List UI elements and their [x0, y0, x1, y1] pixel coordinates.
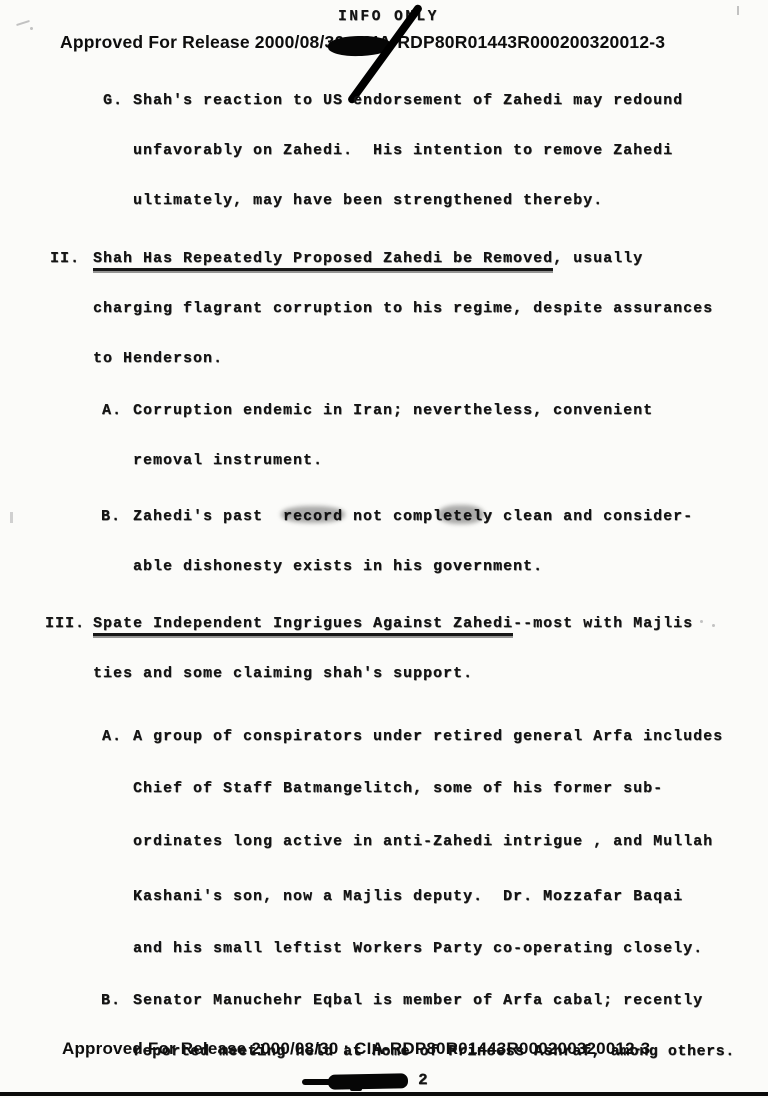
section-iii-heading-rest: --most with Majlis	[513, 615, 693, 632]
doc-line: removal instrument.	[133, 452, 323, 469]
doc-line: Senator Manuchehr Eqbal is member of Arf…	[133, 992, 703, 1009]
scanned-document-page: INFO ONLY Approved For Release 2000/08/3…	[0, 0, 768, 1098]
doc-line: able dishonesty exists in his government…	[133, 558, 543, 575]
section-ii-heading-underlined: Shah Has Repeatedly Proposed Zahedi be R…	[93, 250, 553, 271]
doc-line: Shah's reaction to US endorsement of Zah…	[133, 92, 683, 109]
scan-artifact	[737, 6, 739, 15]
outline-label-iii-b: B.	[101, 992, 121, 1009]
doc-line: ordinates long active in anti-Zahedi int…	[133, 833, 713, 850]
doc-line: ultimately, may have been strengthened t…	[133, 192, 603, 209]
doc-line: ties and some claiming shah's support.	[93, 665, 473, 682]
section-ii-heading: Shah Has Repeatedly Proposed Zahedi be R…	[93, 250, 643, 267]
doc-line: Kashani's son, now a Majlis deputy. Dr. …	[133, 888, 683, 905]
page-number: 2	[418, 1072, 429, 1089]
redaction-mark	[350, 1087, 362, 1091]
redaction-mark	[328, 1073, 408, 1089]
scan-artifact	[712, 624, 715, 627]
outline-label-iii-a: A.	[102, 728, 122, 745]
outline-label-ii-a: A.	[102, 402, 122, 419]
doc-line: Chief of Staff Batmangelitch, some of hi…	[133, 780, 663, 797]
doc-line: charging flagrant corruption to his regi…	[93, 300, 713, 317]
outline-label-iii: III.	[45, 615, 85, 632]
doc-line: to Henderson.	[93, 350, 223, 367]
release-stamp-bottom: Approved For Release 2000/08/30 : CIA-RD…	[62, 1039, 650, 1058]
doc-line: A group of conspirators under retired ge…	[133, 728, 723, 745]
section-iii-heading: Spate Independent Ingrigues Against Zahe…	[93, 615, 693, 632]
section-iii-heading-underlined: Spate Independent Ingrigues Against Zahe…	[93, 615, 513, 636]
outline-label-ii-b: B.	[101, 508, 121, 525]
outline-label-ii: II.	[50, 250, 80, 267]
doc-line: Zahedi's past record not completely clea…	[133, 508, 693, 525]
scan-artifact	[16, 20, 30, 26]
scan-artifact	[30, 27, 33, 30]
overtype-smudge	[438, 505, 484, 524]
section-ii-heading-rest: , usually	[553, 250, 643, 267]
doc-line: unfavorably on Zahedi. His intention to …	[133, 142, 673, 159]
scan-artifact	[700, 620, 703, 623]
scan-artifact	[10, 512, 13, 523]
doc-line: and his small leftist Workers Party co-o…	[133, 940, 703, 957]
outline-label-g: G.	[103, 92, 123, 109]
scan-edge-line	[0, 1092, 768, 1096]
doc-line: Corruption endemic in Iran; nevertheless…	[133, 402, 653, 419]
info-only-stamp: INFO ONLY	[338, 9, 439, 26]
overtype-smudge	[281, 506, 345, 523]
